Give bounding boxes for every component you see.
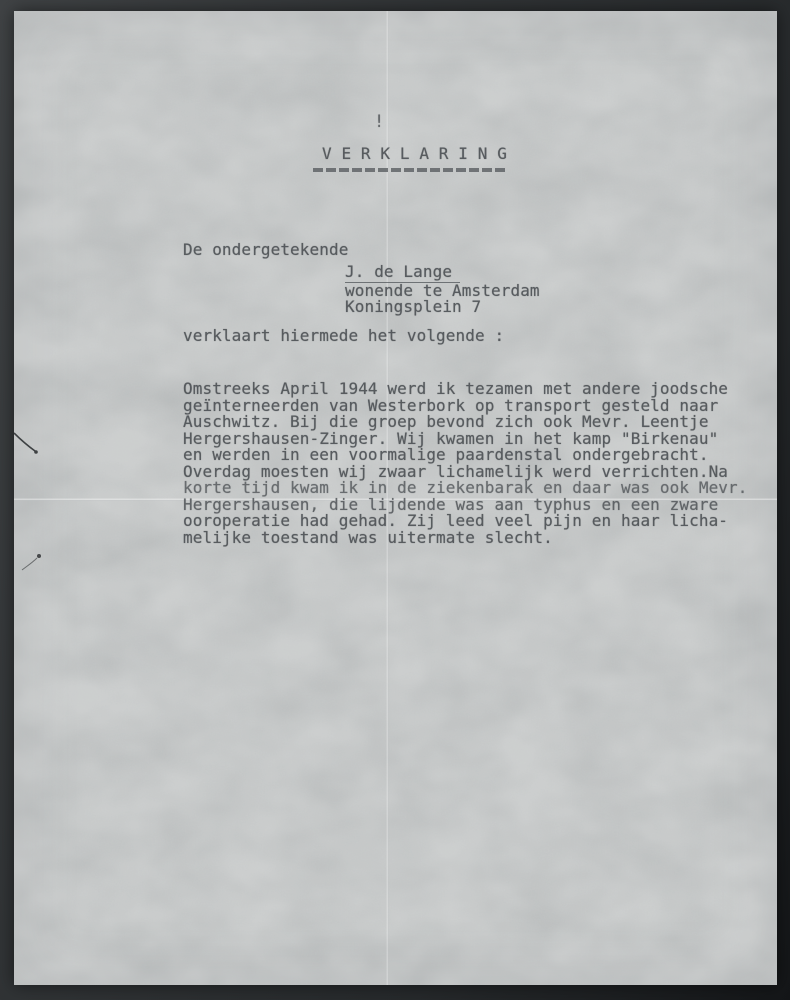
salutation: De ondergetekende [183,240,348,259]
body-line: melijke toestand was uitermate slecht. [183,530,748,547]
tear-mark [14,424,56,464]
declarant-name: J. de Lange [345,264,460,283]
photo-background: ! V E R K L A R I N G De ondergetekende … [0,0,790,1000]
declaration-intro: verklaart hiermede het volgende : [183,326,504,345]
ink-speck [20,547,54,577]
document-title: V E R K L A R I N G [322,144,507,163]
declarant-address: Koningsplein 7 [345,299,540,316]
document-paper: ! V E R K L A R I N G De ondergetekende … [14,11,777,985]
declaration-body: Omstreeks April 1944 werd ik tezamen met… [183,381,748,546]
declarant-block: J. de Lange wonende te Amsterdam Konings… [345,262,540,316]
title-underline [313,168,507,172]
stray-typed-mark: ! [374,112,384,132]
